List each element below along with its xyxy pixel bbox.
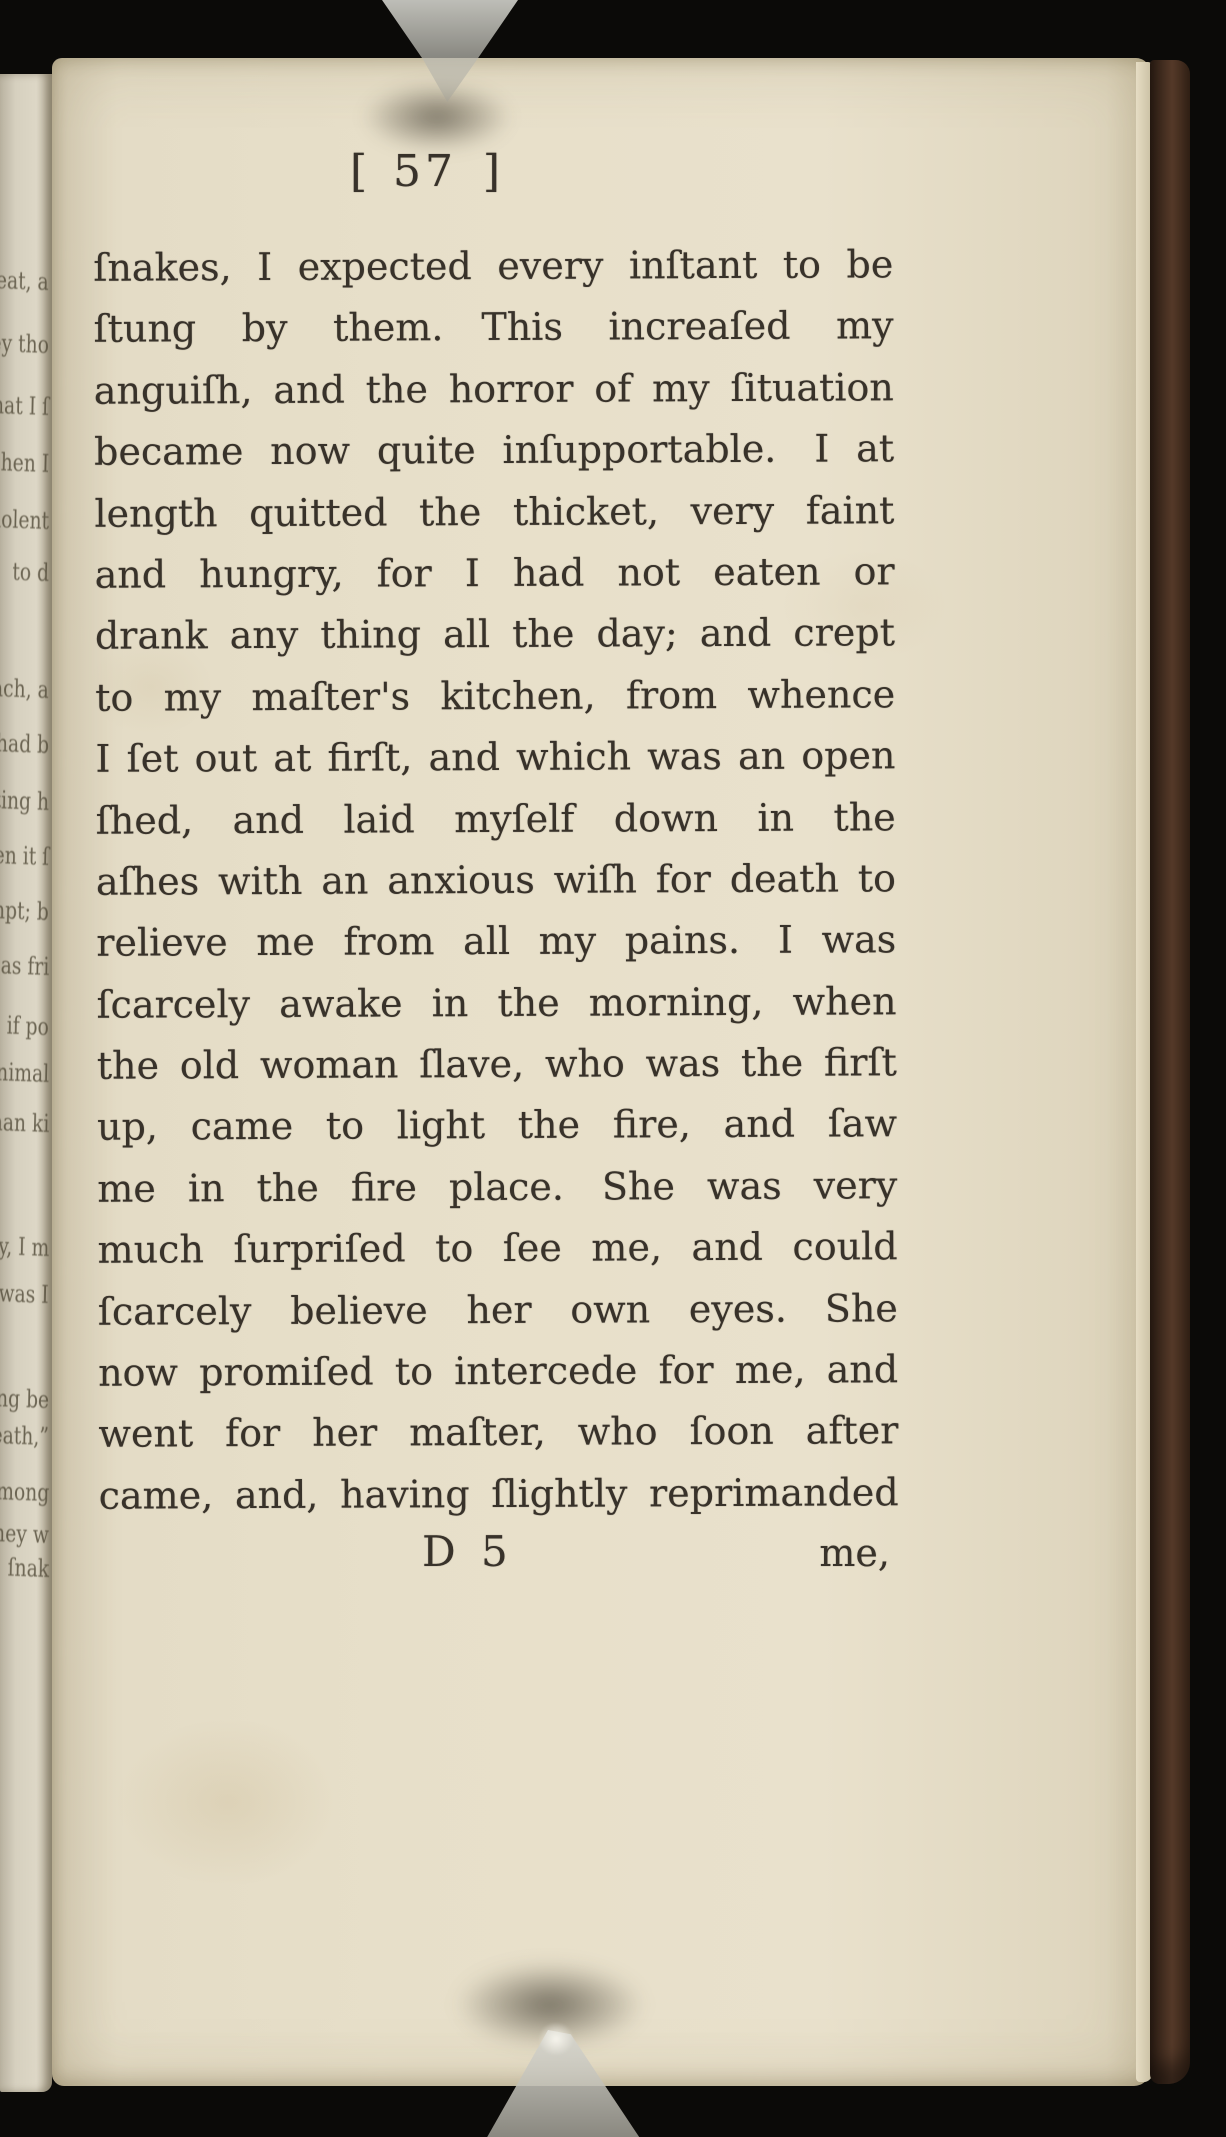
bottom-clip-highlight [538, 2022, 574, 2056]
body-text: ſnakes, I expected every inſtant to beſt… [93, 234, 899, 1527]
book-cover-edge [1150, 60, 1190, 2084]
margin-text-fragment: hen I [0, 448, 49, 478]
margin-text-fragment: en it ſ [0, 841, 49, 871]
margin-text-fragment: death,” [0, 1421, 49, 1451]
body-text-line: up, came to light the fire, and ſaw [97, 1094, 897, 1159]
gathering-signature: D 5 [422, 1527, 514, 1576]
page-number-header: [ 57 ] [350, 146, 500, 197]
margin-text-fragment: had b [0, 729, 49, 759]
body-text-line: came, and, having ſlightly reprimanded [99, 1462, 899, 1527]
margin-text-fragment: p'ring be [0, 1383, 49, 1414]
margin-text-fragment: to d [12, 558, 49, 587]
margin-text-fragment: as fri [0, 951, 49, 981]
body-text-line: became now quite inſupportable. I at [94, 418, 894, 483]
body-text-line: much ſurpriſed to ſee me, and could [97, 1217, 897, 1282]
body-text-line: drank any thing all the day; and crept [95, 603, 895, 668]
margin-text-fragment: s among [0, 1476, 49, 1507]
margin-text-fragment: e they w [0, 1518, 49, 1549]
body-text-line: relieve me from all my pains. I was [96, 910, 896, 975]
header-close-bracket: ] [483, 146, 500, 197]
margin-text-fragment: ſnak [7, 1554, 49, 1583]
header-open-bracket: [ [350, 146, 367, 197]
body-text-line: went for her maſter, who ſoon after [98, 1401, 898, 1466]
body-text-line: now promiſed to intercede for me, and [98, 1339, 898, 1404]
body-text-line: anguiſh, and the horror of my ſituation [94, 357, 894, 422]
margin-text-fragment: ey tho [0, 329, 49, 359]
margin-text-fragment: way, I m [0, 1231, 49, 1262]
catchword: me, [819, 1531, 890, 1575]
body-text-line: me in the fire place. She was very [97, 1155, 897, 1220]
margin-text-fragment: hat I ſ [0, 391, 49, 421]
margin-text-fragment: us was I [0, 1278, 49, 1309]
body-text-line: I ſet out at firſt, and which was an ope… [95, 725, 895, 790]
top-clip-shadow [362, 82, 512, 152]
margin-text-fragment: etting h [0, 785, 49, 816]
margin-text-fragment: eat, a [0, 266, 49, 296]
margin-text-fragment: iolent [0, 505, 49, 535]
margin-text-fragment: t, if po [0, 1011, 49, 1041]
body-text-line: and hungry, for I had not eaten or [95, 541, 895, 606]
signature-line: D 5 me, [96, 1527, 896, 1597]
body-text-line: ſtung by them. This increaſed my [93, 296, 893, 361]
body-text-line: ſcarcely believe her own eyes. She [98, 1278, 898, 1343]
body-text-line: aſhes with an anxious wiſh for death to [96, 848, 896, 913]
body-text-line: ſhed, and laid myſelf down in the [96, 787, 896, 852]
body-text-line: ſnakes, I expected every inſtant to be [93, 234, 893, 299]
body-text-line: ſcarcely awake in the morning, when [96, 971, 896, 1036]
margin-text-fragment: man ki [0, 1108, 49, 1138]
body-text-line: length quitted the thicket, very faint [94, 480, 894, 545]
margin-text-fragment: animal [0, 1058, 49, 1088]
body-text-line: the old woman ſlave, who was the firſt [97, 1032, 897, 1097]
margin-text-fragment: ach, a [0, 674, 49, 704]
page-number: 57 [393, 146, 457, 197]
scanned-book-photo: eat, aey thohat I ſhen Iiolentto dach, a… [0, 0, 1226, 2137]
margin-text-fragment: mpt; b [0, 896, 49, 926]
body-text-line: to my maſter's kitchen, from whence [95, 664, 895, 729]
facing-page-text-fragments: eat, aey thohat I ſhen Iiolentto dach, a… [0, 0, 52, 2137]
